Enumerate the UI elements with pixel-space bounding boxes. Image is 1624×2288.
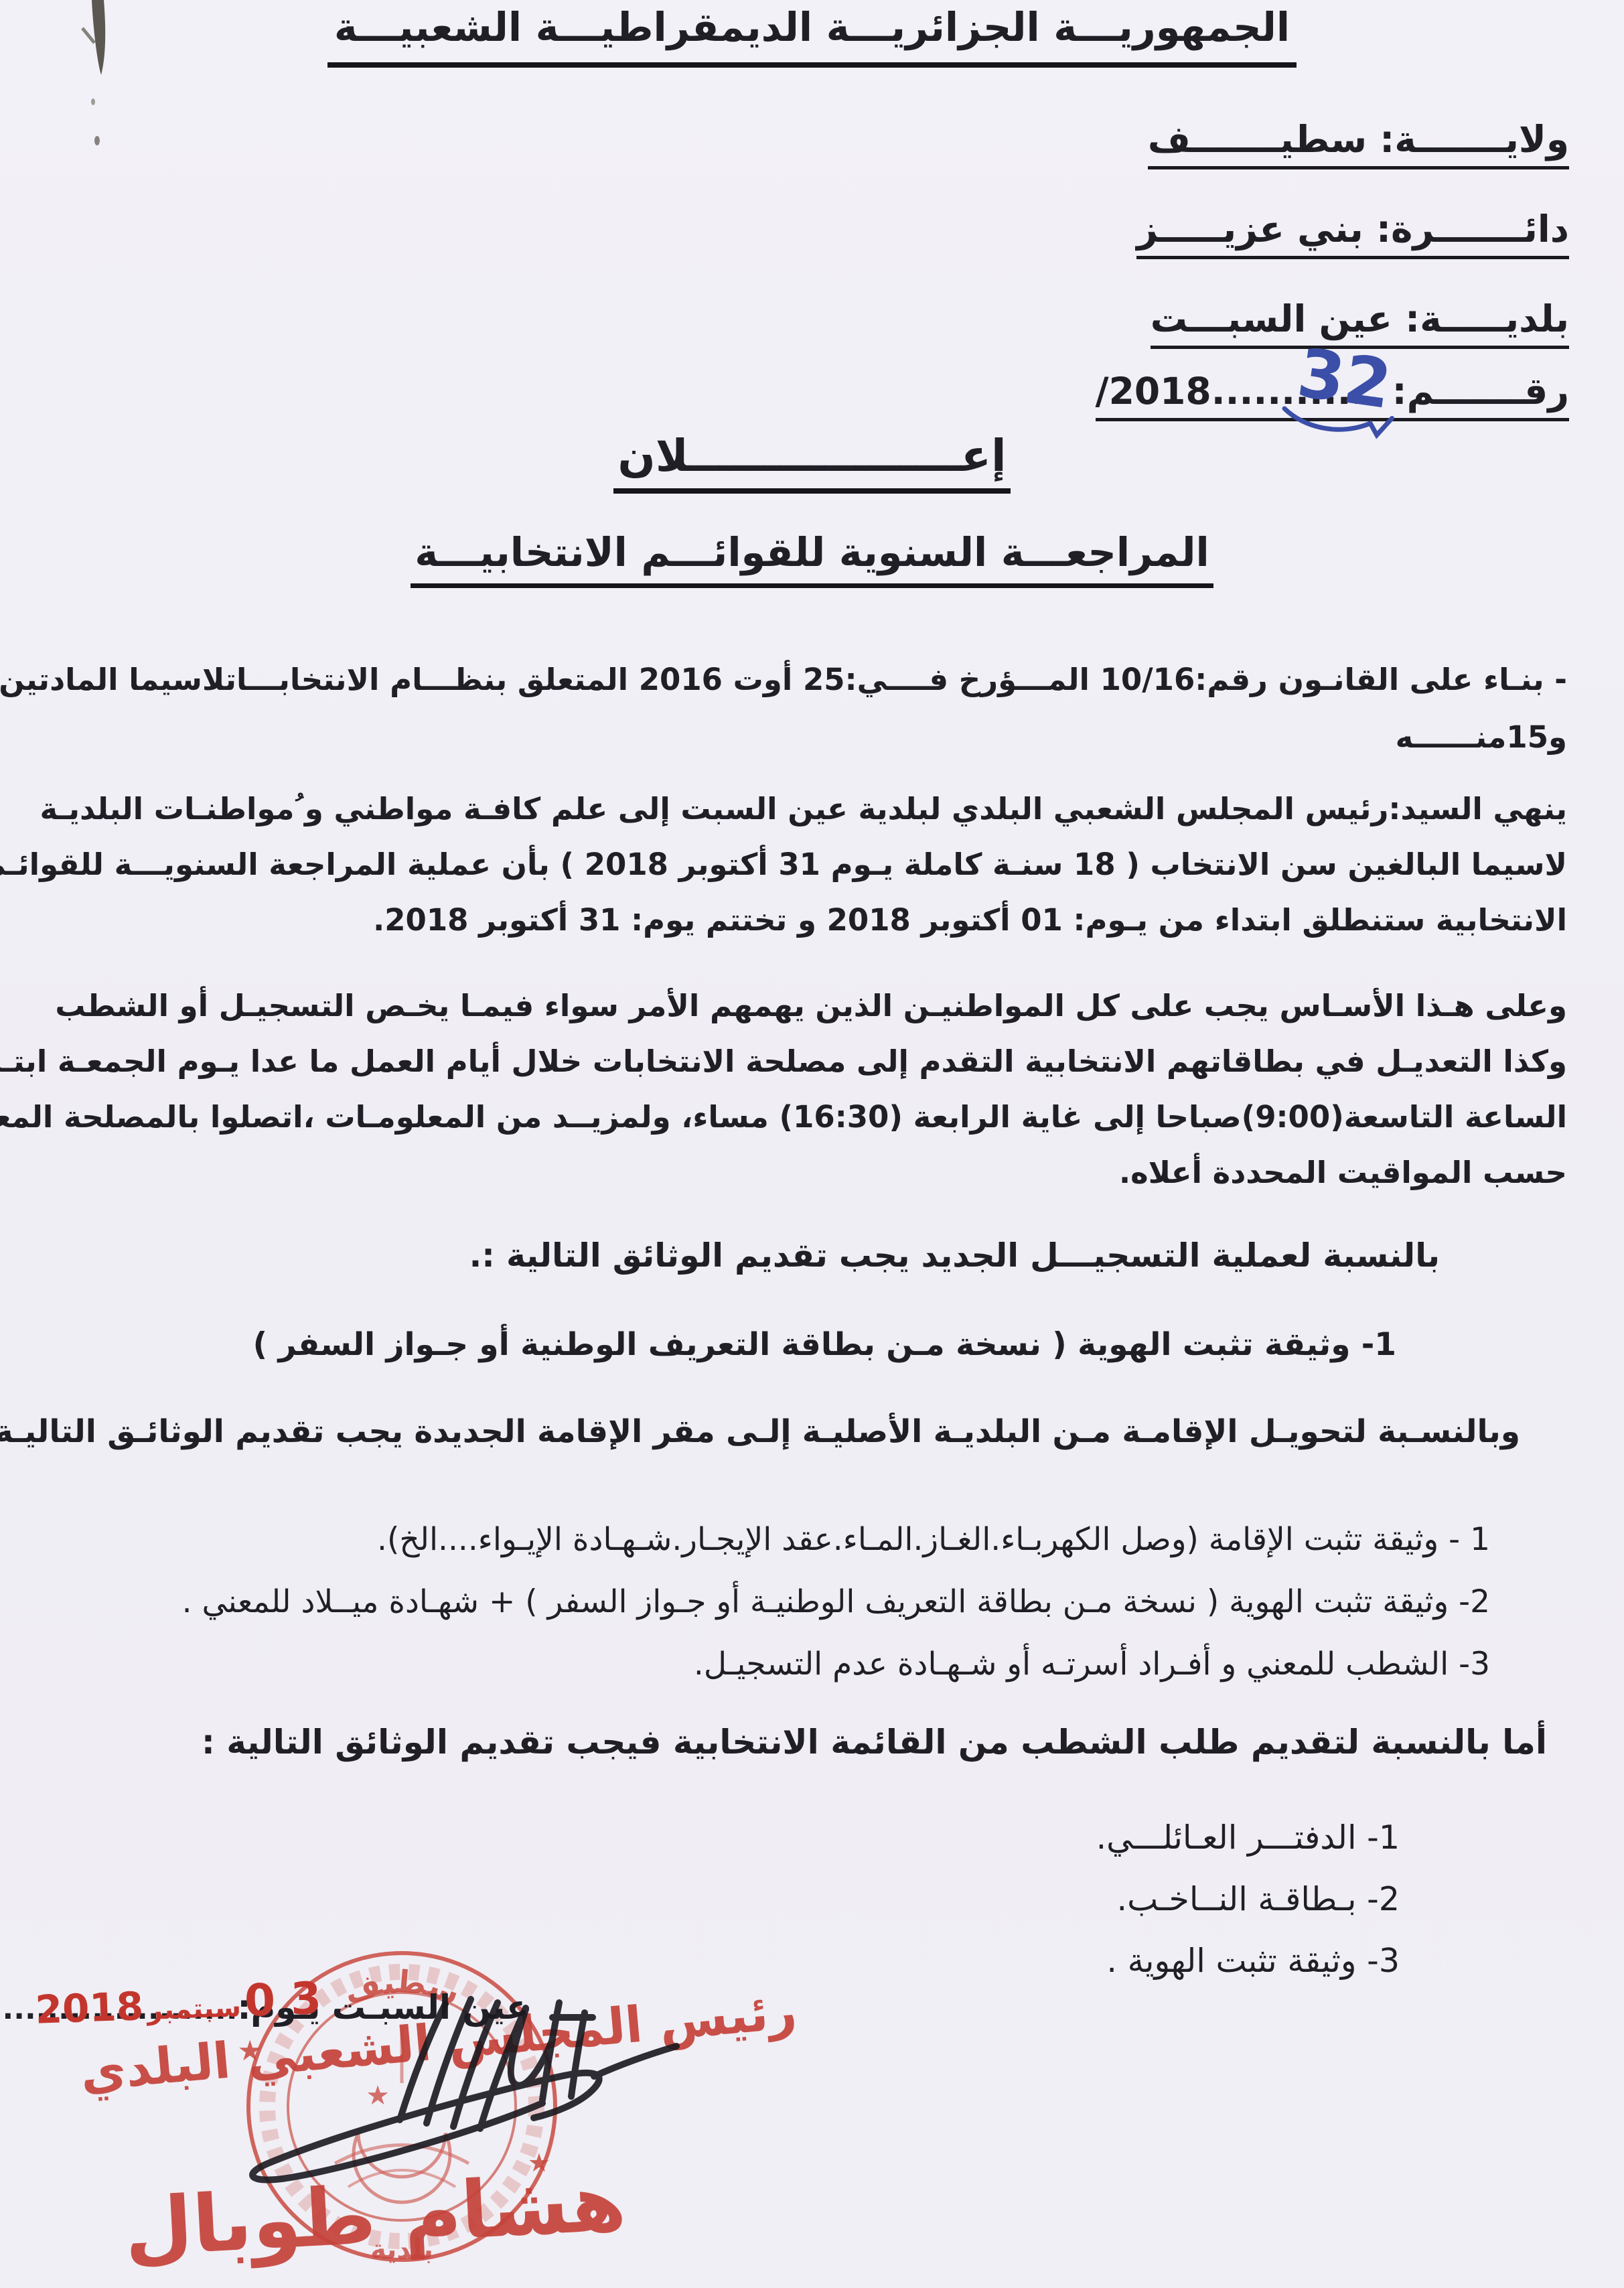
document-header: الجمهوريـــة الجزائريـــة الديمقراطيـــة… <box>0 4 1624 68</box>
section-removal-request-header: أما بالنسبة لتقديم طلب الشطب من القائمة … <box>202 1723 1547 1762</box>
paragraph-line: الساعة التاسعة(9:00)صباحا إلى غاية الراب… <box>57 1089 1567 1145</box>
section-new-registration-header: بالنسبة لعملية التسجيـــل الجديد يجب تقد… <box>469 1236 1440 1275</box>
wilaya-value: سطيـــــــف <box>1148 118 1367 161</box>
paragraph-line: الانتخابية ستنطلق ابتداء من يـوم: 01 أكت… <box>57 892 1567 948</box>
scanned-announcement-document: الجمهوريـــة الجزائريـــة الديمقراطيـــة… <box>0 0 1624 2288</box>
announcement-subtitle-row: المراجعـــة السنوية للقوائـــم الانتخابي… <box>0 529 1624 588</box>
announcement-subtitle: المراجعـــة السنوية للقوائـــم الانتخابي… <box>411 529 1213 588</box>
republic-title: الجمهوريـــة الجزائريـــة الديمقراطيـــة… <box>327 4 1297 68</box>
ink-smudge-artifact <box>64 0 124 161</box>
handwritten-signature <box>151 1976 767 2197</box>
daira-label: دائـــــــرة: <box>1376 208 1569 251</box>
date-stamp-year: 2018 <box>35 1983 145 2033</box>
section-residence-transfer-items: 1 - وثيقة تثبت الإقامة (وصل الكهربـاء.ال… <box>182 1508 1490 1695</box>
paragraph-line: - بنـاء على القانـون رقم:10/16 المـــؤرخ… <box>57 651 1567 709</box>
paragraph-line: حسب المواقيت المحددة أعلاه. <box>57 1145 1567 1200</box>
daira-value: بني عزيـــــز <box>1136 208 1363 251</box>
field-daira: دائـــــــرة: بني عزيـــــز <box>1136 208 1569 259</box>
list-item: 1 - وثيقة تثبت الإقامة (وصل الكهربـاء.ال… <box>182 1508 1490 1571</box>
wilaya-label: ولايـــــــة: <box>1380 118 1569 161</box>
list-item: 3- وثيقة تثبت الهوية . <box>1096 1930 1400 1992</box>
paragraph-line: ينهي السيد:رئيس المجلس الشعبي البلدي لبل… <box>57 781 1567 837</box>
paragraph-procedure-hours: وعلى هـذا الأسـاس يجب على كل المواطنيـن … <box>57 978 1567 1200</box>
list-item: 2- وثيقة تثبت الهوية ( نسخة مـن بطاقة ال… <box>182 1571 1490 1633</box>
field-wilaya: ولايـــــــة: سطيـــــــف <box>1148 118 1569 169</box>
section-new-registration-item: 1- وثيقة تثبت الهوية ( نسخة مـن بطاقة ال… <box>253 1326 1396 1363</box>
section-residence-transfer-header: وبالنسـبة لتحويـل الإقامـة مـن البلديـة … <box>0 1413 1520 1450</box>
list-item: 3- الشطب للمعني و أفـراد أسرتـه أو شـهـا… <box>182 1633 1490 1695</box>
section-removal-request-items: 1- الدفتـــر العـائلـــي. 2- بـطاقـة الن… <box>1096 1807 1400 1992</box>
paragraph-legal-basis: - بنـاء على القانـون رقم:10/16 المـــؤرخ… <box>57 651 1567 766</box>
paragraph-revision-period: ينهي السيد:رئيس المجلس الشعبي البلدي لبل… <box>57 781 1567 948</box>
number-label: رقـــــــم: <box>1392 370 1569 413</box>
number-year: 2018/ <box>1096 370 1211 413</box>
paragraph-line: لاسيما البالغين سن الانتخاب ( 18 سنـة كا… <box>57 837 1567 892</box>
commune-label: بلديـــــة: <box>1405 297 1569 340</box>
paragraph-line: و15منــــــه <box>57 709 1567 766</box>
handwritten-register-number: 32 <box>1294 340 1396 419</box>
paragraph-line: وكذا التعديـل في بطاقاتهم الانتخابية الت… <box>57 1033 1567 1089</box>
paragraph-line: وعلى هـذا الأسـاس يجب على كل المواطنيـن … <box>57 978 1567 1033</box>
commune-value: عين السبـــت <box>1151 297 1392 340</box>
announcement-title: إعــــــــــــــــــلان <box>613 430 1010 494</box>
list-item: 2- بـطاقـة النــاخـب. <box>1096 1869 1400 1930</box>
list-item: 1- الدفتـــر العـائلـــي. <box>1096 1807 1400 1869</box>
